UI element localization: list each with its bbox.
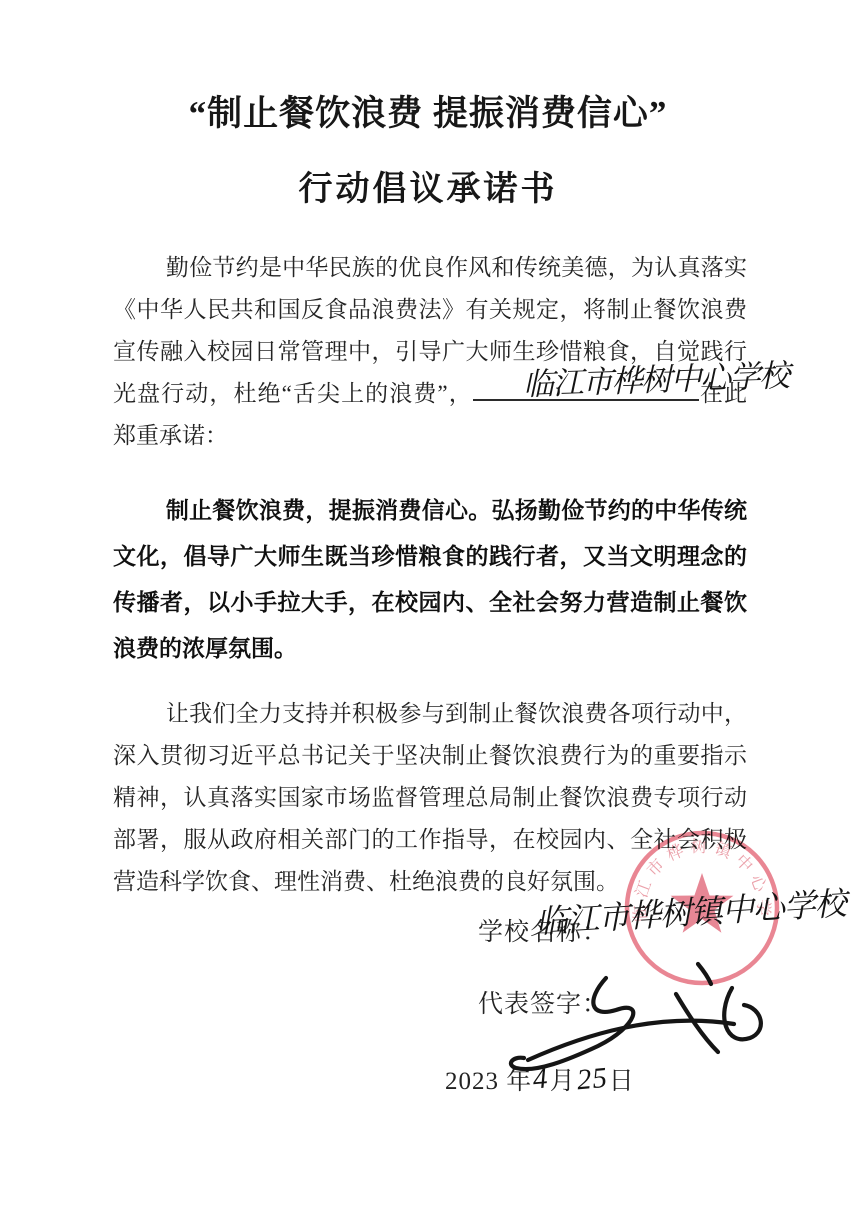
document-body: 勤俭节约是中华民族的优良作风和传统美德，为认真落实《中华人民共和国反食品浪费法》… [113, 247, 747, 903]
representative-signature-handwriting [498, 938, 788, 1078]
document-title-line2: 行动倡议承诺书 [0, 161, 856, 210]
document-title-line1: “制止餐饮浪费 提振消费信心” [0, 86, 856, 136]
paragraph-2: 制止餐饮浪费，提振消费信心。弘扬勤俭节约的中华传统文化，倡导广大师生既当珍惜粮食… [113, 487, 747, 671]
paragraph-1: 勤俭节约是中华民族的优良作风和传统美德，为认真落实《中华人民共和国反食品浪费法》… [113, 247, 747, 457]
school-name-blank-line: 临江市桦树中心学校 [473, 375, 699, 401]
scanned-commitment-letter: “制止餐饮浪费 提振消费信心” 行动倡议承诺书 勤俭节约是中华民族的优良作风和传… [0, 0, 856, 1224]
title-block: “制止餐饮浪费 提振消费信心” 行动倡议承诺书 [0, 86, 856, 210]
signature-strokes [511, 964, 761, 1069]
